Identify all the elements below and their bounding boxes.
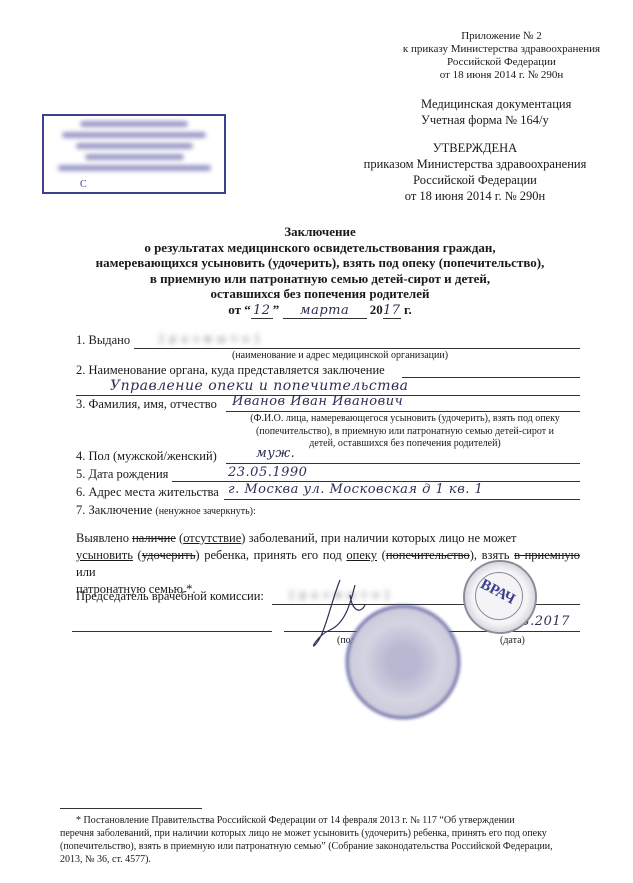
doctor-stamp: ВРАЧ [463, 560, 537, 634]
approved-block: УТВЕРЖДЕНА приказом Министерства здравоо… [330, 140, 620, 204]
title-line2: о результатах медицинского освидетельств… [60, 240, 580, 256]
appendix-line3: Российской Федерации [370, 56, 633, 69]
field-1-value: [размыто] [160, 331, 560, 346]
title-line3: намеревающихся усыновить (удочерить), вз… [60, 255, 580, 271]
doc-info-block: Медицинская документация Учетная форма №… [421, 96, 571, 128]
field-4-label: 4. Пол (мужской/женский) [76, 449, 217, 464]
title-line5: оставшихся без попечения родителей [60, 286, 580, 302]
title-line1: Заключение [60, 224, 580, 240]
stamp-char: С [80, 179, 87, 190]
approved-line1: УТВЕРЖДЕНА [330, 140, 620, 156]
appendix-line2: к приказу Министерства здравоохранения [370, 43, 633, 56]
chairman-label: Председатель врачебной комиссии: [76, 589, 264, 604]
field-4-value: муж. [256, 446, 295, 461]
footnote: * Постановление Правительства Российской… [60, 814, 580, 866]
approved-line4: от 18 июня 2014 г. № 290н [330, 188, 620, 204]
date-caption: (дата) [500, 635, 525, 646]
field-5-label: 5. Дата рождения [76, 467, 168, 482]
appendix-line1: Приложение № 2 [370, 30, 633, 43]
field-6-label: 6. Адрес места жительства [76, 485, 219, 500]
field-3-caption: (Ф.И.О. лица, намеревающегося усыновить … [230, 413, 580, 451]
appendix-block: Приложение № 2 к приказу Министерства зд… [370, 30, 633, 82]
field-5-value: 23.05.1990 [228, 465, 307, 480]
approved-line3: Российской Федерации [330, 172, 620, 188]
date-month: марта [283, 303, 367, 320]
field-6-value: г. Москва ул. Московская д 1 кв. 1 [228, 482, 483, 497]
doc-info-line2: Учетная форма № 164/у [421, 112, 571, 128]
title-date: от “12” марта 2017 г. [60, 302, 580, 320]
organization-stamp: С [42, 114, 226, 194]
field-1-label: 1. Выдано [76, 333, 130, 348]
date-day: 12 [251, 303, 273, 320]
title-line4: в приемную или патронатную семью детей-с… [60, 271, 580, 287]
document-title: Заключение о результатах медицинского ос… [60, 224, 580, 319]
date-year: 17 [383, 303, 401, 320]
field-2-value: Управление опеки и попечительства [110, 378, 408, 394]
field-1-caption: (наименование и адрес медицинской органи… [232, 350, 448, 361]
approved-line2: приказом Министерства здравоохранения [330, 156, 620, 172]
field-3-label: 3. Фамилия, имя, отчество [76, 397, 217, 412]
field-3-value: Иванов Иван Иванович [232, 394, 403, 409]
organization-seal [346, 605, 460, 719]
field-2-label: 2. Наименование органа, куда представляе… [76, 363, 385, 378]
doc-info-line1: Медицинская документация [421, 96, 571, 112]
field-7-label: 7. Заключение (ненужное зачеркнуть): [76, 503, 256, 518]
appendix-line4: от 18 июня 2014 г. № 290н [370, 69, 633, 82]
